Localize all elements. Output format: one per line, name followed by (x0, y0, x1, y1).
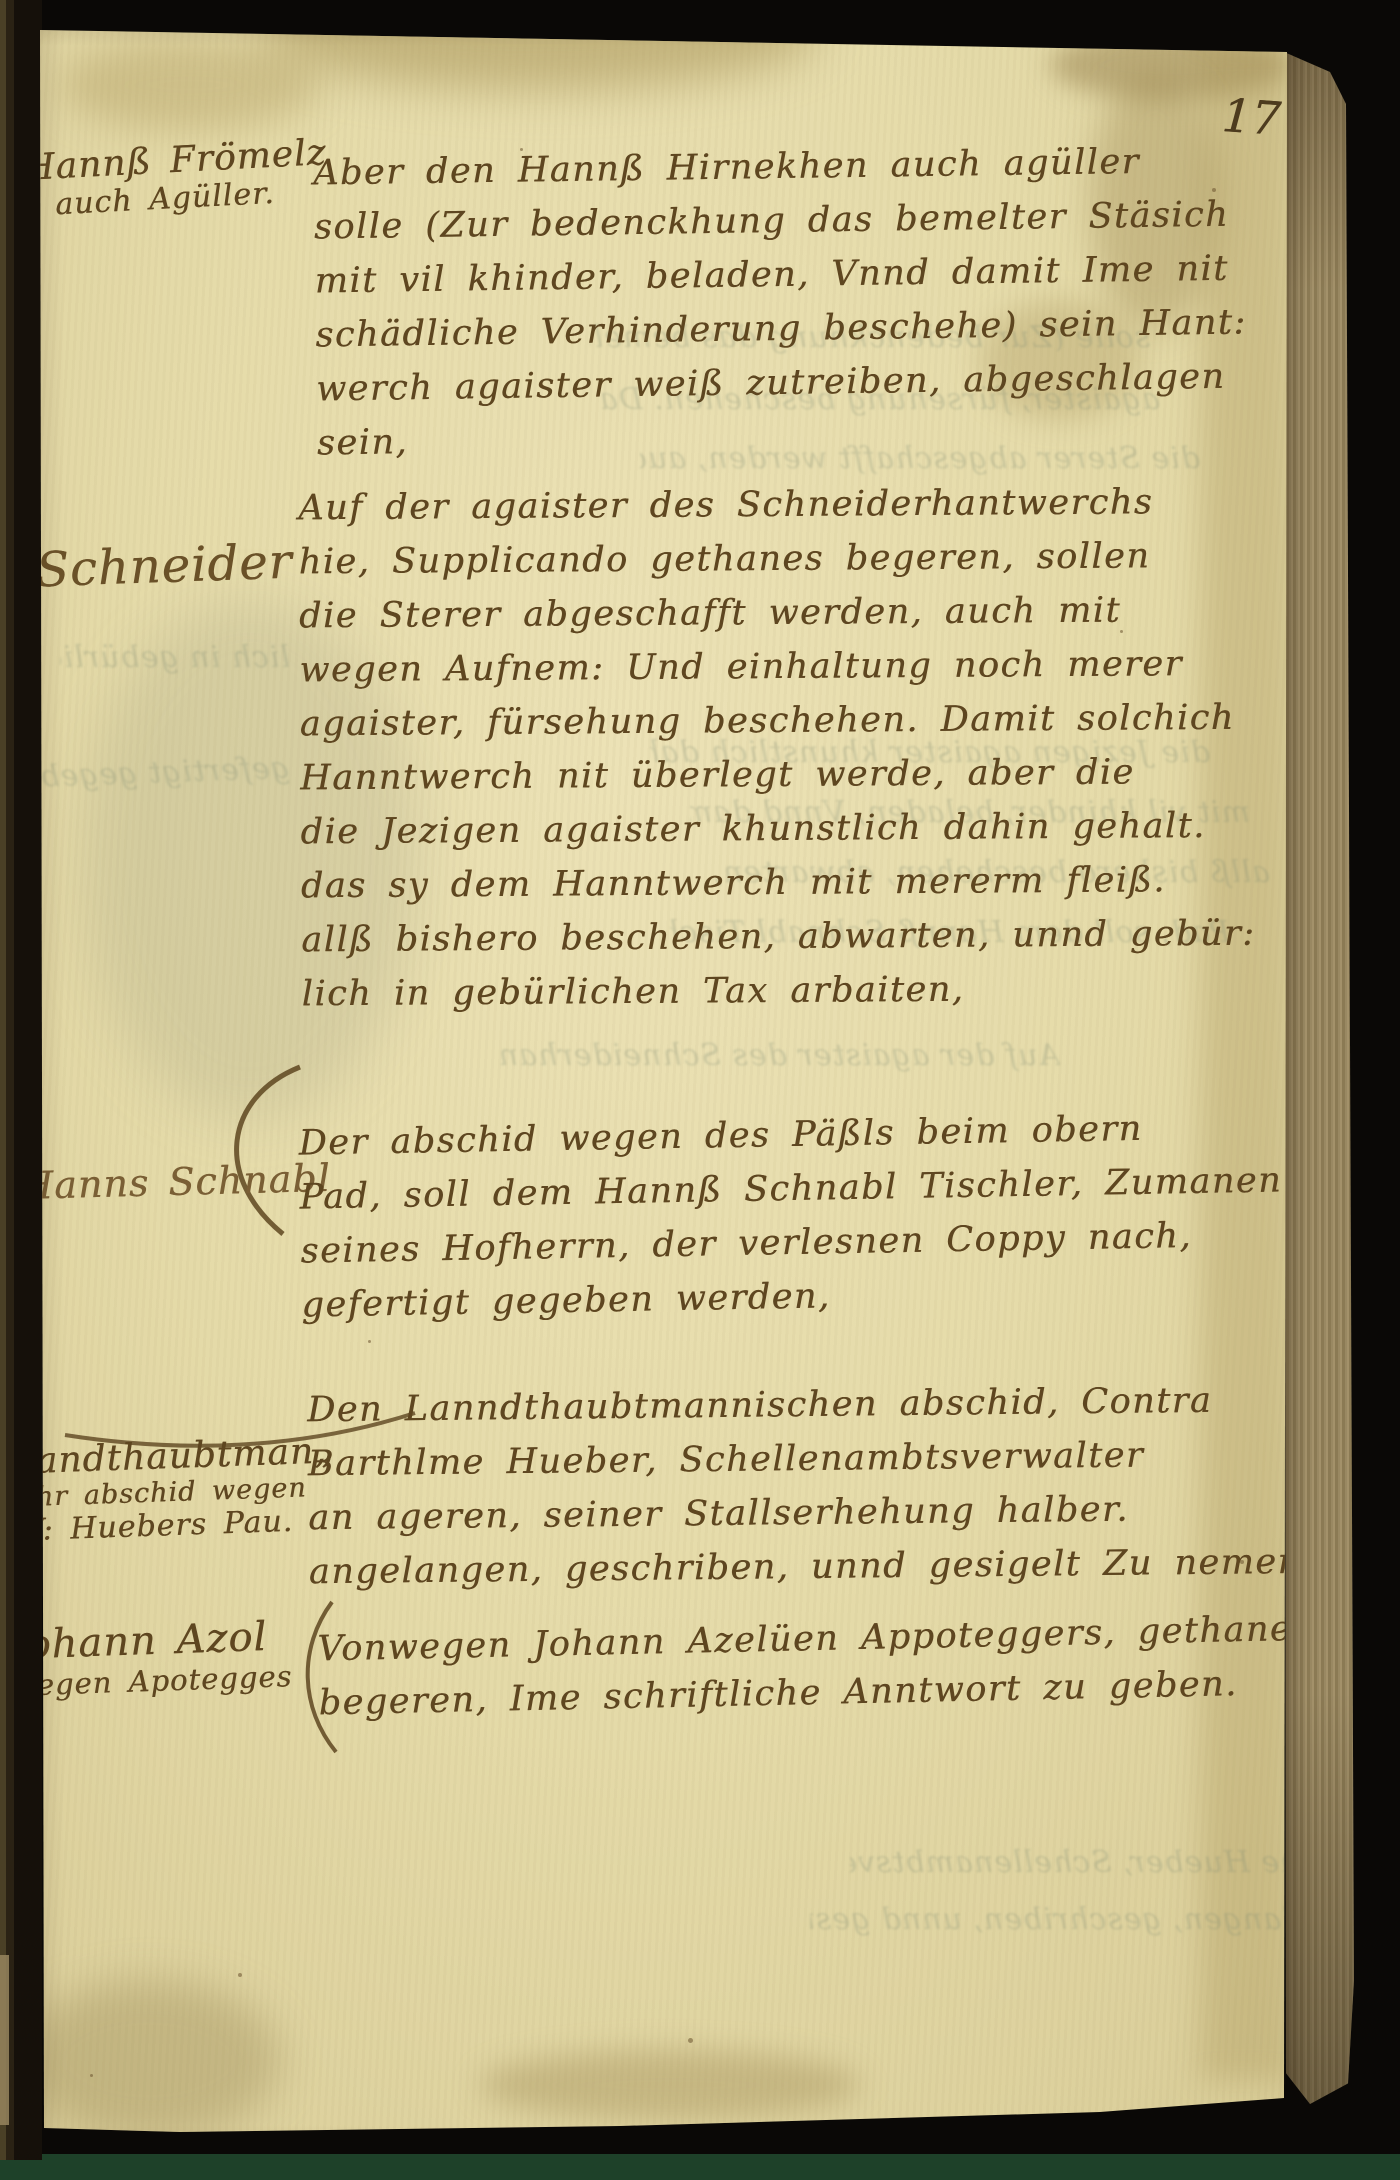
page-edge-shading (0, 0, 1400, 2180)
table-felt-strip (0, 2154, 1400, 2180)
spine-edge-sliver (0, 1955, 9, 2125)
book-fore-edge (1284, 46, 1358, 2104)
book-spine-gutter (0, 0, 42, 2160)
manuscript-photo: solle (Zur bedenckhung das bemelter Stäs… (0, 0, 1400, 2180)
manuscript-page: solle (Zur bedenckhung das bemelter Stäs… (0, 0, 1400, 2180)
